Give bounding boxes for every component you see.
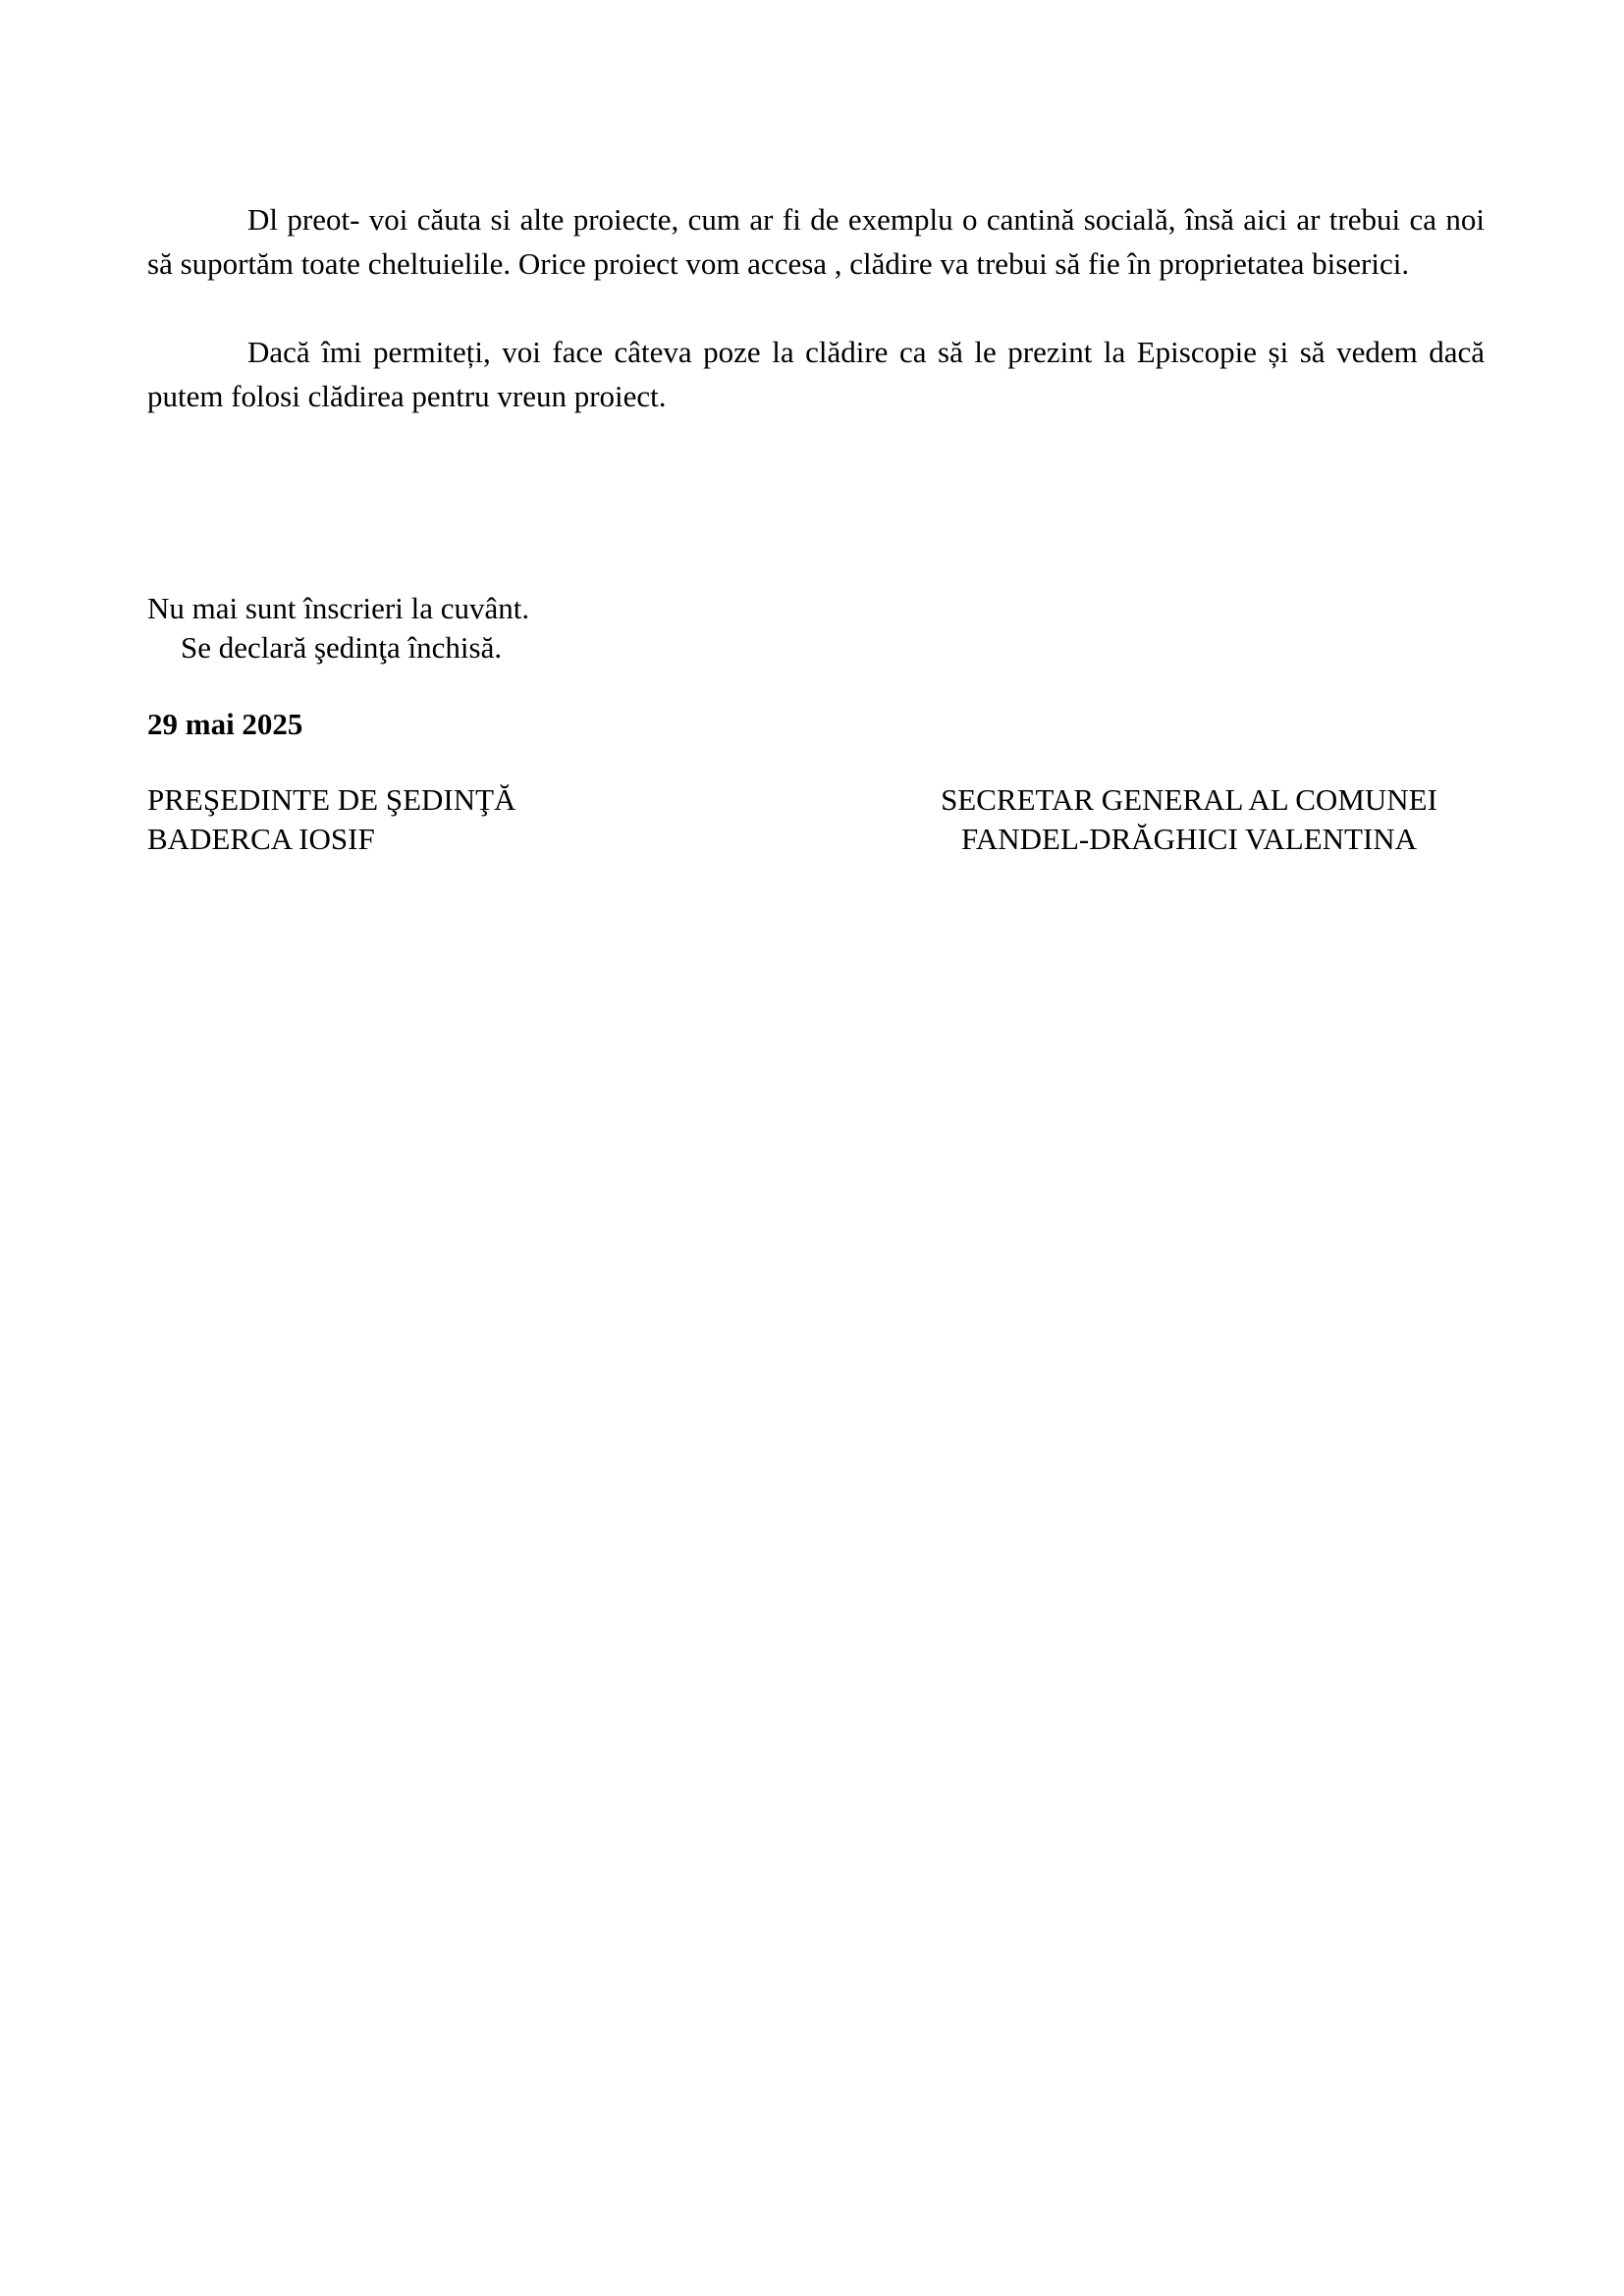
paragraph-priest-statement: Dl preot- voi căuta si alte proiecte, cu… bbox=[147, 197, 1485, 286]
closing-session-closed: Se declară şedinţa închisă. bbox=[181, 628, 502, 667]
president-name: BADERCA IOSIF bbox=[147, 820, 515, 859]
paragraph-photos-request: Dacă îmi permiteți, voi face câteva poze… bbox=[147, 330, 1485, 418]
secretary-title: SECRETAR GENERAL AL COMUNEI bbox=[913, 780, 1465, 820]
signature-block-president: PREŞEDINTE DE ŞEDINŢĂ BADERCA IOSIF bbox=[147, 780, 515, 859]
signature-block-secretary: SECRETAR GENERAL AL COMUNEI FANDEL-DRĂGH… bbox=[913, 780, 1465, 859]
document-page: Dl preot- voi căuta si alte proiecte, cu… bbox=[0, 0, 1624, 2296]
closing-no-more-speakers: Nu mai sunt înscrieri la cuvânt. bbox=[147, 589, 529, 628]
document-date: 29 mai 2025 bbox=[147, 705, 302, 744]
secretary-name: FANDEL-DRĂGHICI VALENTINA bbox=[913, 820, 1465, 859]
president-title: PREŞEDINTE DE ŞEDINŢĂ bbox=[147, 780, 515, 820]
